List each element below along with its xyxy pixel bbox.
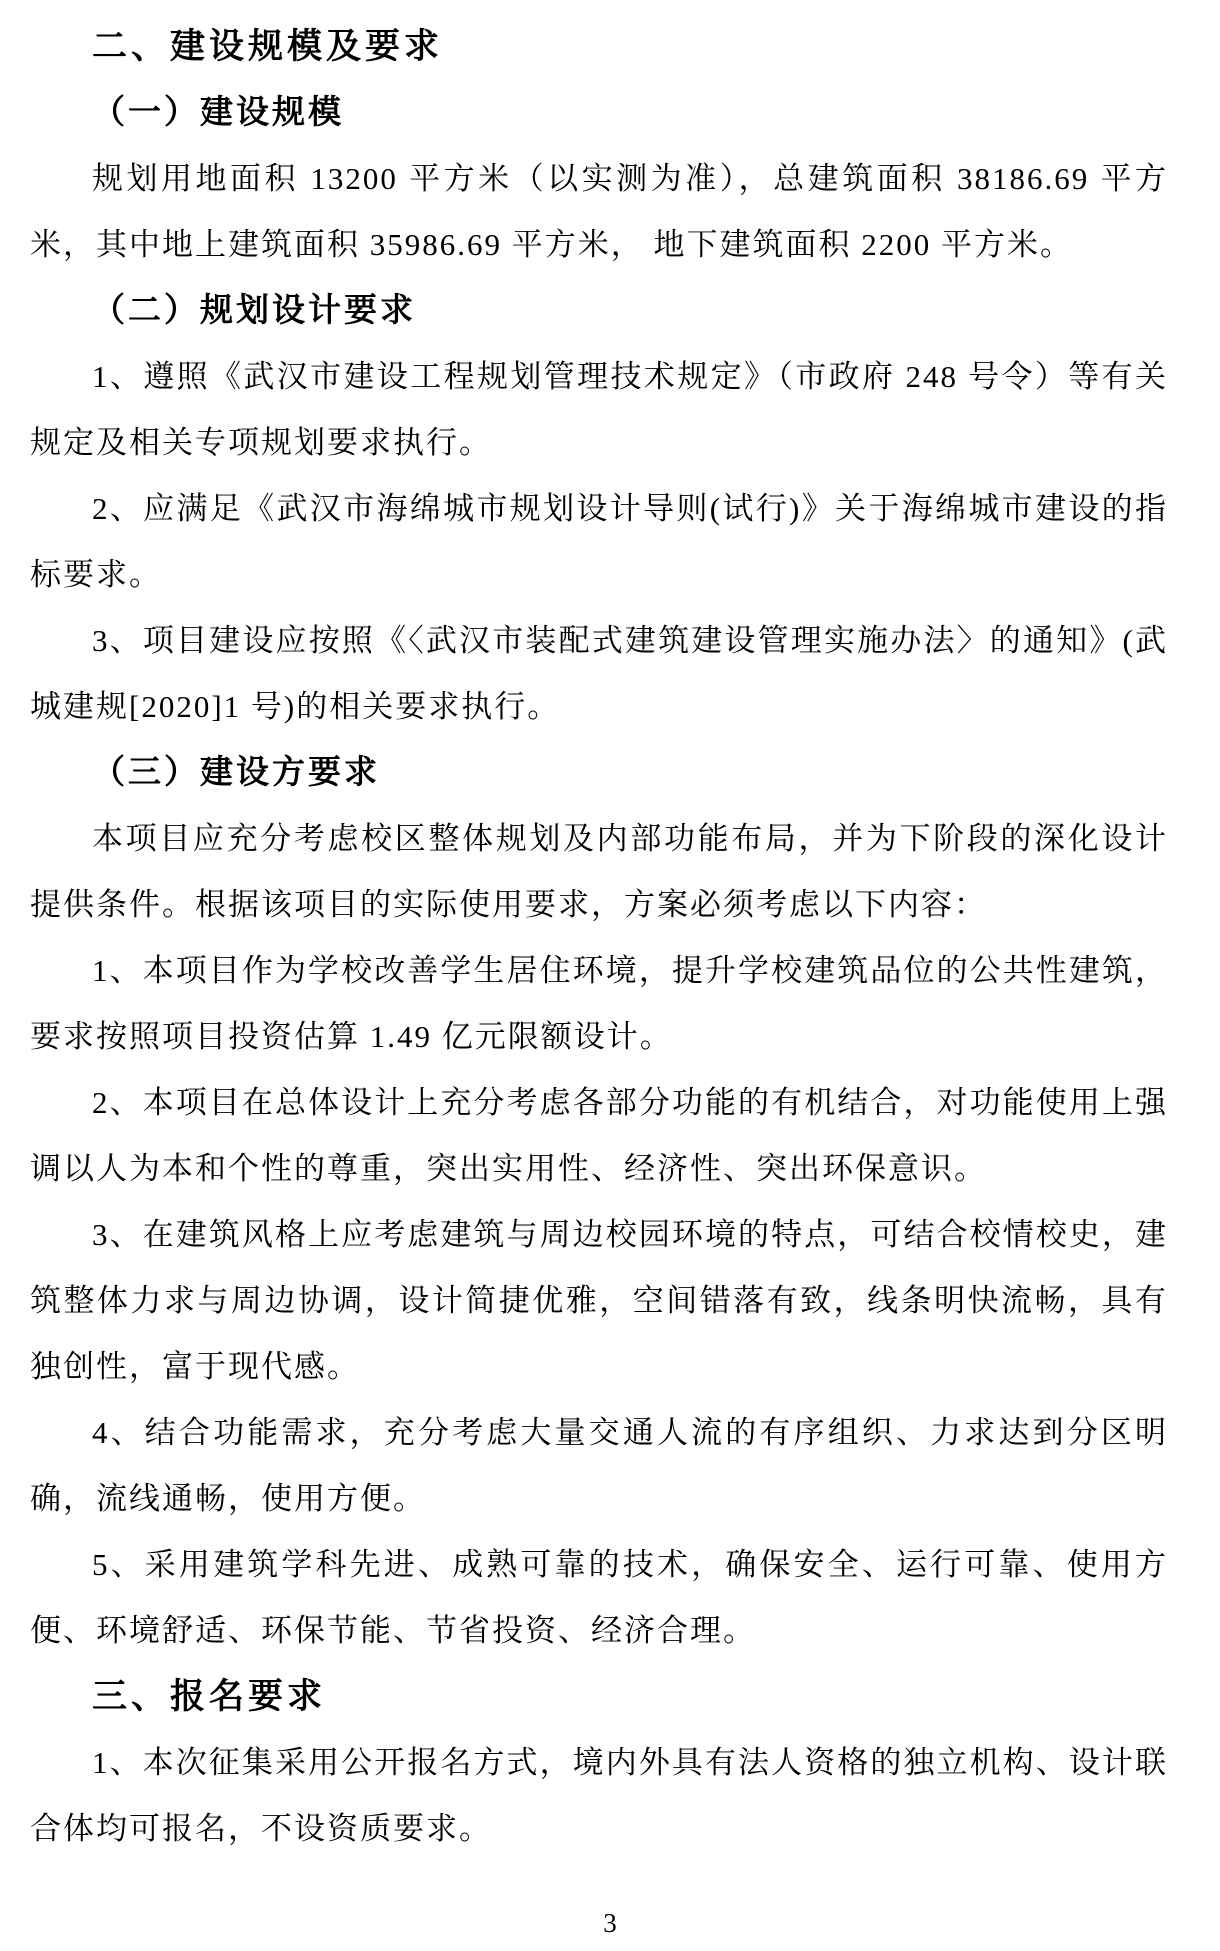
paragraph-owner-item-2: 2、本项目在总体设计上充分考虑各部分功能的有机结合，对功能使用上强调以人为本和个… (30, 1070, 1168, 1202)
paragraph-owner-intro: 本项目应充分考虑校区整体规划及内部功能布局，并为下阶段的深化设计提供条件。根据该… (30, 806, 1168, 938)
heading-section-2-construction-scale-and-requirements: 二、建设规模及要求 (30, 14, 1168, 80)
heading-2-3-owner-requirements: （三）建设方要求 (30, 740, 1168, 806)
paragraph-registration-item-1: 1、本次征集采用公开报名方式，境内外具有法人资格的独立机构、设计联合体均可报名，… (30, 1730, 1168, 1862)
heading-2-2-planning-design-requirements: （二）规划设计要求 (30, 278, 1168, 344)
paragraph-owner-item-3: 3、在建筑风格上应考虑建筑与周边校园环境的特点，可结合校情校史，建筑整体力求与周… (30, 1202, 1168, 1400)
heading-2-1-construction-scale: （一）建设规模 (30, 80, 1168, 146)
page-number: 3 (0, 1907, 1220, 1939)
heading-section-3-registration-requirements: 三、报名要求 (30, 1664, 1168, 1730)
document-page: 二、建设规模及要求 （一）建设规模 规划用地面积 13200 平方米（以实测为准… (0, 0, 1220, 1951)
paragraph-planning-item-2: 2、应满足《武汉市海绵城市规划设计导则(试行)》关于海绵城市建设的指标要求。 (30, 476, 1168, 608)
paragraph-planning-item-1: 1、遵照《武汉市建设工程规划管理技术规定》（市政府 248 号令）等有关规定及相… (30, 344, 1168, 476)
paragraph-owner-item-5: 5、采用建筑学科先进、成熟可靠的技术，确保安全、运行可靠、使用方便、环境舒适、环… (30, 1532, 1168, 1664)
paragraph-owner-item-4: 4、结合功能需求，充分考虑大量交通人流的有序组织、力求达到分区明确，流线通畅，使… (30, 1400, 1168, 1532)
paragraph-land-and-floor-area: 规划用地面积 13200 平方米（以实测为准），总建筑面积 38186.69 平… (30, 146, 1168, 278)
paragraph-owner-item-1: 1、本项目作为学校改善学生居住环境，提升学校建筑品位的公共性建筑，要求按照项目投… (30, 938, 1168, 1070)
paragraph-planning-item-3: 3、项目建设应按照《〈武汉市装配式建筑建设管理实施办法〉的通知》(武城建规[20… (30, 608, 1168, 740)
